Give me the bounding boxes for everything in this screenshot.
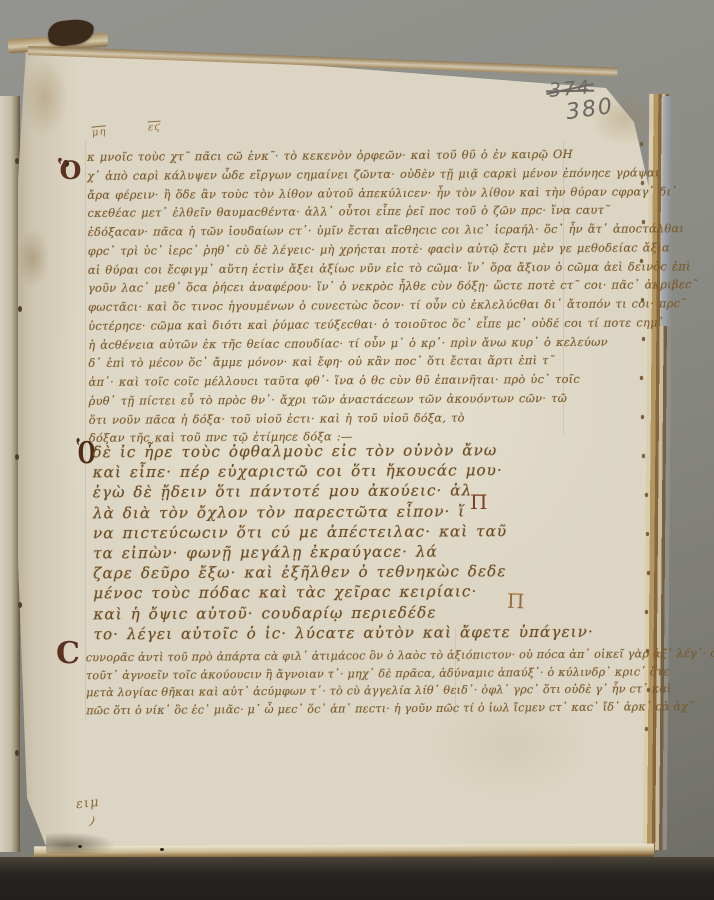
gospel-line: να πιϲτεύϲωϲιν ὅτι ϲύ με ἀπέϲτειλαϲ· καὶ… [93,521,593,544]
stain [16,228,50,288]
gospel-text-block: δὲ ἰϲ ἦρε τοὺϲ ὀφθαλμοὺϲ εἰϲ τὸν οὐνὸν ἄ… [92,440,593,645]
pricking-hole [642,220,645,224]
pricking-hole [647,688,650,692]
initial-omicron-upper: Ὁ [58,156,81,185]
pricking-hole [645,727,648,731]
stain [22,58,68,138]
pricking-hole [646,532,649,536]
marginal-letter-pi: Π [470,490,487,514]
sewing-station [15,158,19,164]
ink-speck [160,848,164,851]
pricking-hole [645,610,648,614]
sewing-station [15,454,19,460]
pricking-hole [641,298,644,302]
top-margin-note: μη [91,126,107,138]
ruling-line [85,140,86,720]
sewing-station [15,750,19,756]
upper-commentary-block: κ μνοῖϲ τοὺϲ χτ῀ πᾶϲι ϲῶ ἐνκ῀· τὸ κεκενὸ… [87,144,699,448]
ink-speck [78,845,82,848]
gospel-line: τα εἰπὼν· φωνῇ μεγάλῃ ἐκραύγαϲε· λά [93,541,593,564]
top-margin-note: εϛ [148,122,162,134]
book-shadow [0,857,714,900]
pricking-hole [641,415,644,419]
spine-gutter [0,96,20,852]
pricking-hole [647,571,650,575]
pricking-hole [642,337,645,341]
gospel-line: ἐγὼ δὲ ᾔδειν ὅτι πάντοτέ μου ἀκούειϲ· ἀλ [93,480,593,503]
pricking-hole [646,649,649,653]
gospel-line: το· λέγει αὐτοῖϲ ὁ ἰϲ· λύϲατε αὐτὸν καὶ … [93,622,593,645]
pricking-hole [640,142,643,146]
gutter-corner-smudge [46,832,116,854]
gospel-line: δὲ ἰϲ ἦρε τοὺϲ ὀφθαλμοὺϲ εἰϲ τὸν οὐνὸν ἄ… [92,440,592,463]
pricking-hole [640,376,643,380]
pricking-hole [642,454,645,458]
quire-mark: ειμ [75,795,100,812]
gospel-line: καὶ εἶπε· πέρ εὐχαριϲτῶ ϲοι ὅτι ἤκουϲάϲ … [93,460,593,483]
initial-sigma-lower: Ϲ [56,636,80,671]
manuscript-photo: 374 380 μη εϛ Ὁ κ μνοῖϲ τοὺϲ χτ῀ πᾶϲι ϲῶ… [0,0,714,900]
sewing-station [18,306,22,312]
pricking-hole [645,493,648,497]
lower-commentary-block: ϲυνορᾶϲ ἀντὶ τοῦ πρὸ ἀπάρτα ϲὰ φιλ᾽ ἀτιμ… [86,645,714,720]
gospel-line: ζαρε δεῦρο ἔξω· καὶ ἐξῆλθεν ὁ τεθνηκὼϲ δ… [93,561,593,584]
sewing-station [18,602,22,608]
marginal-letter-pi: Π [507,589,525,614]
pricking-hole [641,181,644,185]
pricking-hole [640,259,643,263]
gospel-line: λὰ διὰ τὸν ὄχλον τὸν παρεϲτῶτα εἶπον· ἵ [93,500,593,523]
